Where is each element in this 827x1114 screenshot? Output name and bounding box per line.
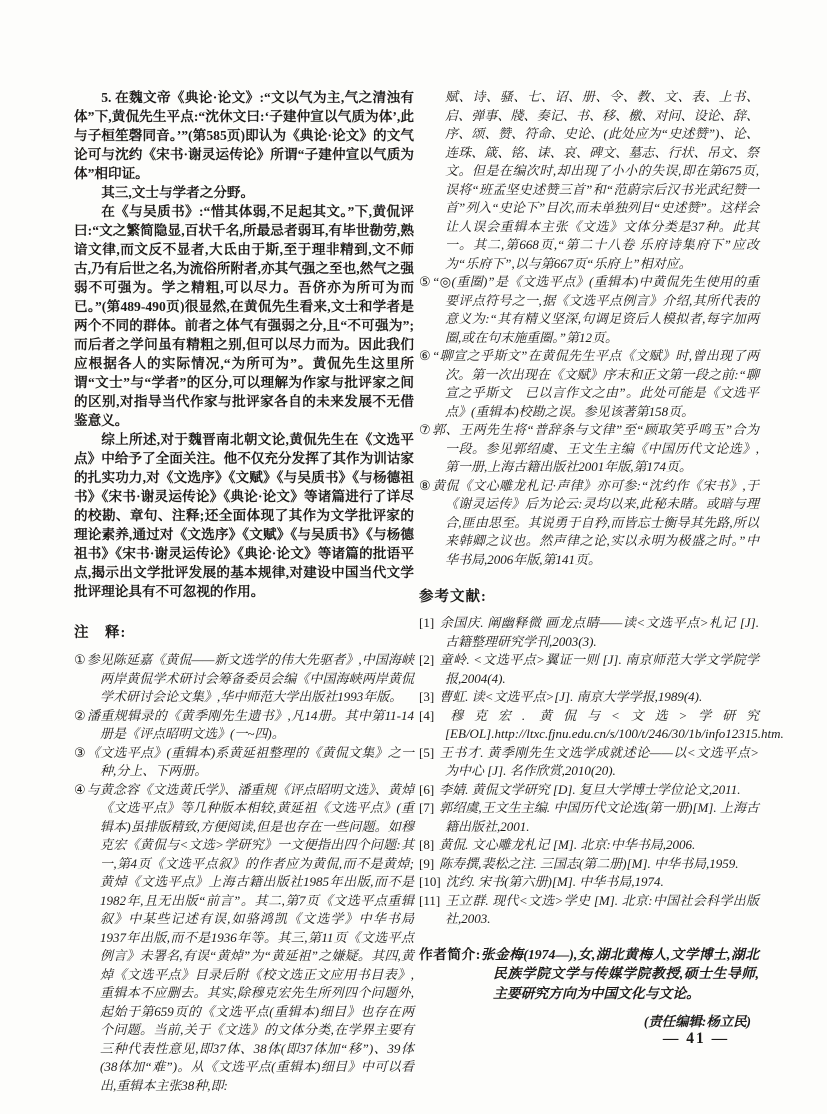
- note-text: “聊宣之乎斯文”在黄侃先生平点《文赋》时,曾出现了两次。第一次出现在《文赋》序末…: [432, 348, 759, 419]
- reference-marker: [7]: [419, 800, 439, 815]
- reference-text: 黄侃. 文心雕龙札记 [M]. 北京:中华书局,2006.: [439, 837, 695, 852]
- reference-marker: [2]: [419, 652, 439, 667]
- author-bio-label: 作者简介:: [419, 947, 480, 962]
- references-heading: 参考文献:: [419, 585, 759, 606]
- note-item: ⑧黄侃《文心雕龙札记·声律》亦可参:“沈约作《宋书》,于《谢灵运传》后为论云:灵…: [419, 477, 759, 570]
- note-4-continuation: 赋、诗、骚、七、诏、册、令、教、文、表、上书、启、弹事、牋、奏记、书、移、檄、对…: [419, 88, 759, 273]
- author-bio: 作者简介:张金梅(1974—),女,湖北黄梅人,文学博士,湖北民族学院文学与传媒…: [419, 945, 759, 1004]
- reference-marker: [9]: [419, 856, 439, 871]
- note-marker: ⑦: [419, 422, 432, 437]
- note-marker: ⑥: [419, 348, 432, 363]
- reference-item: [3]曹虹. 读<文选平点>[J]. 南京大学学报,1989(4).: [419, 688, 759, 707]
- note-item: ⑥“聊宣之乎斯文”在黄侃先生平点《文赋》时,曾出现了两次。第一次出现在《文赋》序…: [419, 347, 759, 421]
- reference-text: 沈约. 宋书(第六册)[M]. 中华书局,1974.: [446, 874, 664, 889]
- reference-item: [2]童岭. <文选平点>翼证一则 [J]. 南京师范大学文学院学报,2004(…: [419, 651, 759, 688]
- reference-marker: [4]: [419, 708, 439, 723]
- page-number: — 41 —: [618, 1030, 774, 1048]
- editor-note: (责任编辑:杨立民): [419, 1011, 759, 1030]
- reference-item: [8]黄侃. 文心雕龙札记 [M]. 北京:中华书局,2006.: [419, 836, 759, 855]
- body-paragraph: 5. 在魏文帝《典论·论文》:“文以气为主,气之清浊有体”下,黄侃先生平点:“沈…: [74, 88, 414, 183]
- body-paragraph: 综上所述,对于魏晋南北朝文论,黄侃先生在《文选平点》中给予了全面关注。他不仅充分…: [74, 430, 414, 601]
- reference-item: [4]穆克宏. 黄侃与<文选>学研究 [EB/OL].http://ltxc.f…: [419, 707, 759, 744]
- note-item: ⑤“◎(重圈)”是《文选平点》(重辑本)中黄侃先生使用的重要评点符号之一,据《文…: [419, 273, 759, 347]
- reference-text: 陈寿撰,裴松之注. 三国志(第二册)[M]. 中华书局,1959.: [439, 856, 738, 871]
- note-text: 参见陈延嘉《黄侃——新文选学的伟大先驱者》,中国海峡两岸黄侃学术研讨会筹备委员会…: [87, 652, 414, 704]
- body-paragraph: 其三,文士与学者之分野。: [74, 183, 414, 202]
- reference-marker: [10]: [419, 874, 446, 889]
- note-text: 黄侃《文心雕龙札记·声律》亦可参:“沈约作《宋书》,于《谢灵运传》后为论云:灵均…: [432, 478, 759, 567]
- reference-text: 王书才. 黄季刚先生文选学成就述论——以<文选平点>为中心 [J]. 名作欣赏,…: [439, 745, 759, 779]
- reference-item: [6]李婧. 黄侃文学研究 [D]. 复旦大学博士学位论文,2011.: [419, 781, 759, 800]
- reference-text: 王立群. 现代<文选>学史 [M]. 北京:中国社会科学出版社,2003.: [445, 893, 759, 927]
- reference-marker: [8]: [419, 837, 439, 852]
- note-marker: ④: [74, 782, 87, 797]
- reference-item: [9]陈寿撰,裴松之注. 三国志(第二册)[M]. 中华书局,1959.: [419, 855, 759, 874]
- reference-marker: [1]: [419, 615, 439, 630]
- note-marker: ③: [74, 745, 87, 760]
- reference-item: [7]郭绍虞,王文生主编. 中国历代文论选(第一册)[M]. 上海古籍出版社,2…: [419, 799, 759, 836]
- notes-heading: 注 释:: [74, 621, 414, 642]
- note-marker: ⑤: [419, 274, 432, 289]
- reference-item: [10]沈约. 宋书(第六册)[M]. 中华书局,1974.: [419, 873, 759, 892]
- body-paragraph: 在《与吴质书》:“惜其体弱,不足起其文。”下,黄侃评曰:“文之繁简隐显,百状千名…: [74, 202, 414, 430]
- journal-page: 5. 在魏文帝《典论·论文》:“文以气为主,气之清浊有体”下,黄侃先生平点:“沈…: [0, 0, 827, 1114]
- note-item: ①参见陈延嘉《黄侃——新文选学的伟大先驱者》,中国海峡两岸黄侃学术研讨会筹备委员…: [74, 651, 414, 707]
- reference-text: 曹虹. 读<文选平点>[J]. 南京大学学报,1989(4).: [439, 689, 702, 704]
- note-marker: ①: [74, 652, 87, 667]
- note-item: ⑦郭、王两先生将“普辞条与文律”至“顾取笑乎鸣玉”合为一段。参见郭绍虞、王文生主…: [419, 421, 759, 477]
- reference-text: 郭绍虞,王文生主编. 中国历代文论选(第一册)[M]. 上海古籍出版社,2001…: [439, 800, 759, 834]
- note-marker: ⑧: [419, 478, 432, 493]
- note-text: 与黄念容《文选黄氏学》、潘重规《评点昭明文选》、黄焯《文选平点》等几种版本相较,…: [87, 782, 414, 1093]
- reference-text: 童岭. <文选平点>翼证一则 [J]. 南京师范大学文学院学报,2004(4).: [439, 652, 759, 686]
- right-column: 赋、诗、骚、七、诏、册、令、教、文、表、上书、启、弹事、牋、奏记、书、移、檄、对…: [419, 88, 759, 1030]
- reference-marker: [5]: [419, 745, 439, 760]
- reference-text: 李婧. 黄侃文学研究 [D]. 复旦大学博士学位论文,2011.: [439, 782, 740, 797]
- left-column: 5. 在魏文帝《典论·论文》:“文以气为主,气之清浊有体”下,黄侃先生平点:“沈…: [74, 88, 414, 1095]
- note-item: ④与黄念容《文选黄氏学》、潘重规《评点昭明文选》、黄焯《文选平点》等几种版本相较…: [74, 781, 414, 1096]
- note-text: “◎(重圈)”是《文选平点》(重辑本)中黄侃先生使用的重要评点符号之一,据《文选…: [432, 274, 759, 345]
- note-text: 《文选平点》(重辑本)系黄延祖整理的《黄侃文集》之一种,分上、下两册。: [87, 745, 414, 779]
- reference-text: 余国庆. 阐幽释微 画龙点睛——读<文选平点>札记 [J]. 古籍整理研究学刊,…: [439, 615, 759, 649]
- reference-item: [1]余国庆. 阐幽释微 画龙点睛——读<文选平点>札记 [J]. 古籍整理研究…: [419, 614, 759, 651]
- author-bio-text: 张金梅(1974—),女,湖北黄梅人,文学博士,湖北民族学院文学与传媒学院教授,…: [480, 947, 759, 1001]
- reference-marker: [6]: [419, 782, 439, 797]
- note-text: 潘重规辑录的《黄季刚先生遗书》,凡14册。其中第11-14册是《评点昭明文选》(…: [87, 708, 414, 742]
- note-text: 郭、王两先生将“普辞条与文律”至“顾取笑乎鸣玉”合为一段。参见郭绍虞、王文生主编…: [432, 422, 759, 474]
- note-marker: ②: [74, 708, 87, 723]
- reference-marker: [11]: [419, 893, 445, 908]
- reference-item: [5]王书才. 黄季刚先生文选学成就述论——以<文选平点>为中心 [J]. 名作…: [419, 744, 759, 781]
- note-item: ③《文选平点》(重辑本)系黄延祖整理的《黄侃文集》之一种,分上、下两册。: [74, 744, 414, 781]
- reference-text: 穆克宏. 黄侃与<文选>学研究 [EB/OL].http://ltxc.fjnu…: [439, 708, 784, 742]
- reference-marker: [3]: [419, 689, 439, 704]
- reference-item: [11]王立群. 现代<文选>学史 [M]. 北京:中国社会科学出版社,2003…: [419, 892, 759, 929]
- note-item: ②潘重规辑录的《黄季刚先生遗书》,凡14册。其中第11-14册是《评点昭明文选》…: [74, 707, 414, 744]
